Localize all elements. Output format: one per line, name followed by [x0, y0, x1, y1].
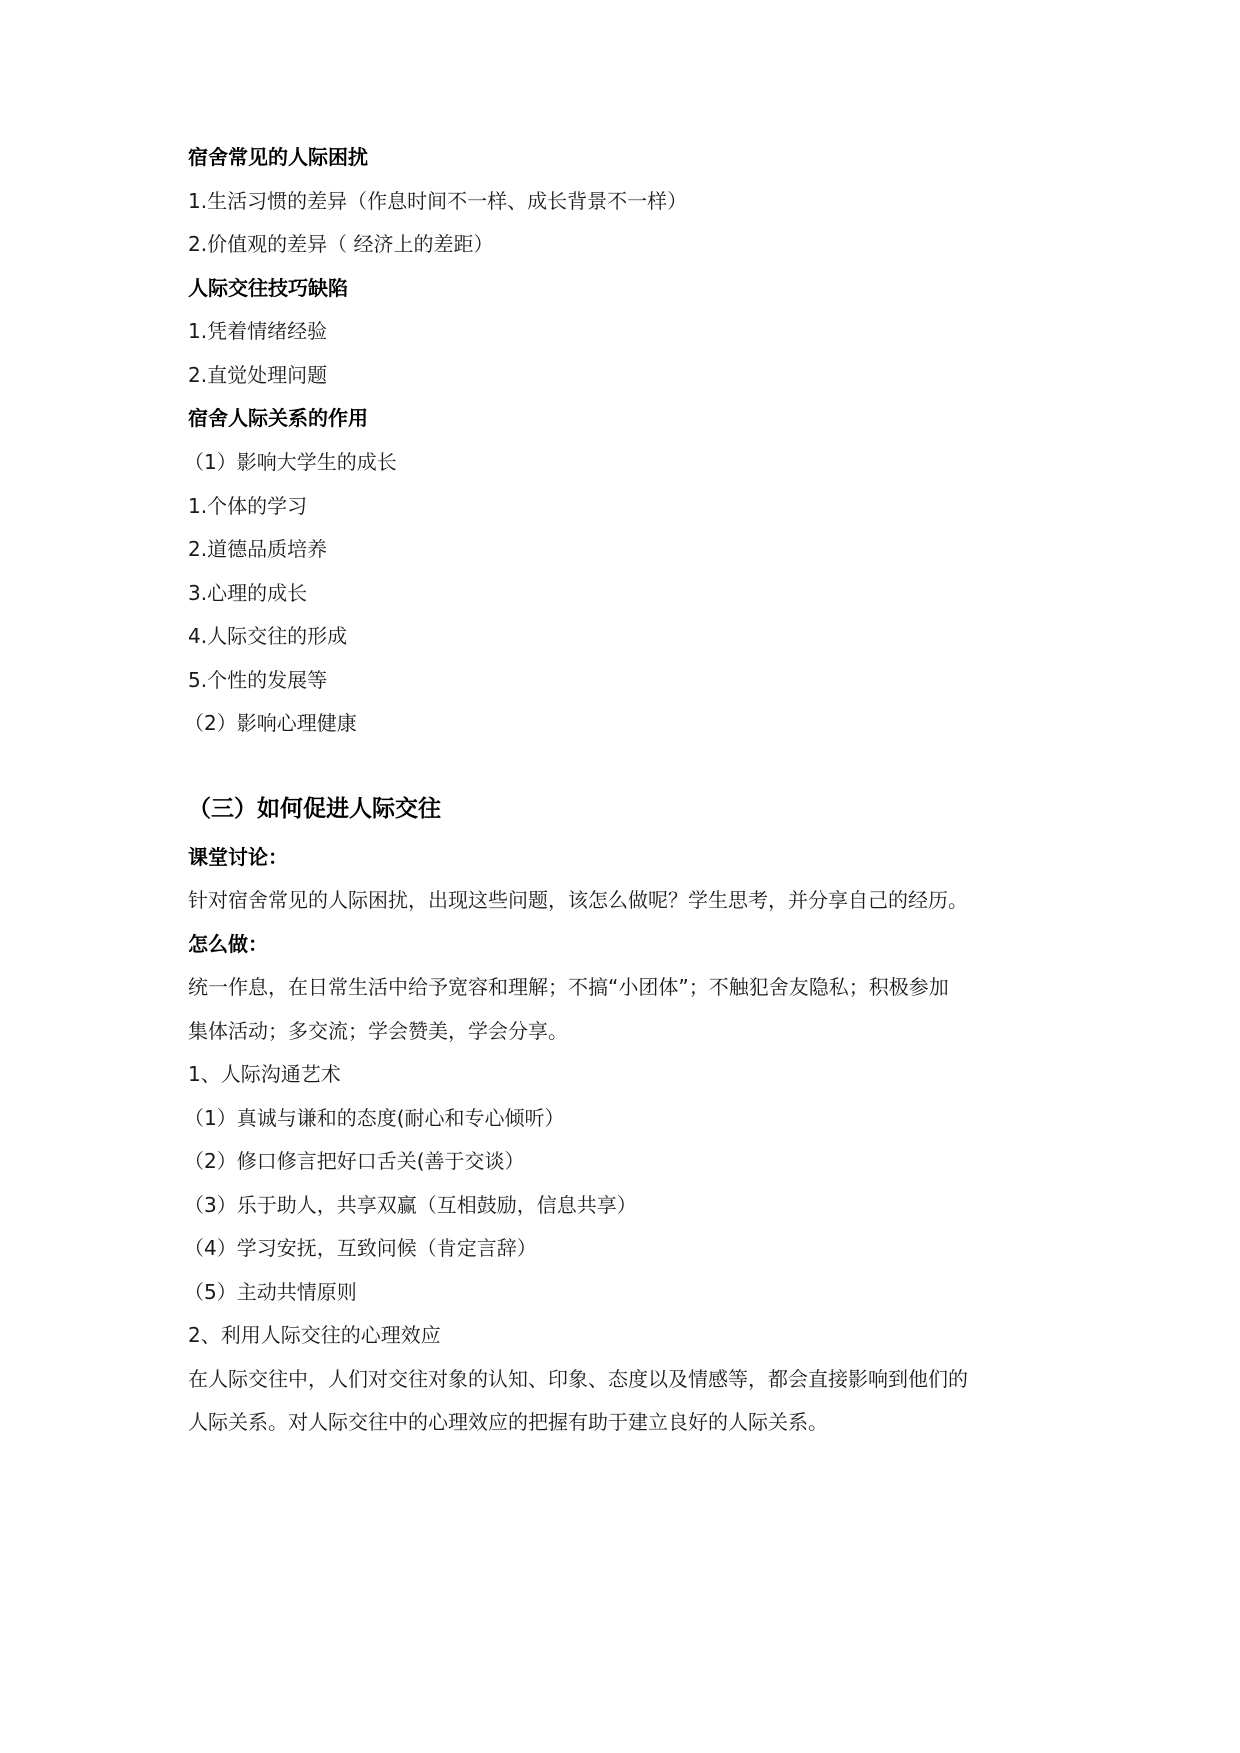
list-item: 1.凭着情绪经验 — [188, 317, 327, 345]
document-page: 宿舍常见的人际困扰 1.生活习惯的差异（作息时间不一样、成长背景不一样） 2.价… — [0, 0, 1240, 1753]
communication-heading: 1、人际沟通艺术 — [188, 1060, 341, 1088]
effects-text-line1: 在人际交往中，人们对交往对象的认知、印象、态度以及情感等，都会直接影响到他们的 — [188, 1365, 968, 1393]
effects-text-line2: 人际关系。对人际交往中的心理效应的把握有助于建立良好的人际关系。 — [188, 1408, 828, 1436]
list-item: 4.人际交往的形成 — [188, 622, 347, 650]
part-title: （三）如何促进人际交往 — [188, 795, 441, 823]
subheading: （1）影响大学生的成长 — [184, 448, 397, 476]
list-item: （3）乐于助人，共享双赢（互相鼓励，信息共享） — [184, 1191, 637, 1219]
list-item: （4）学习安抚，互致问候（肯定言辞） — [184, 1234, 537, 1262]
list-item: 5.个性的发展等 — [188, 666, 327, 694]
how-to-text-line1: 统一作息，在日常生活中给予宽容和理解；不搞“小团体”；不触犯舍友隐私；积极参加 — [188, 973, 949, 1001]
list-item: 3.心理的成长 — [188, 579, 307, 607]
list-item: （2）修口修言把好口舌关(善于交谈） — [184, 1147, 525, 1175]
section-heading-dorm-relations-role: 宿舍人际关系的作用 — [188, 404, 368, 432]
how-to-text-line2: 集体活动；多交流；学会赞美，学会分享。 — [188, 1017, 568, 1045]
list-item: （5）主动共情原则 — [184, 1278, 357, 1306]
discussion-text: 针对宿舍常见的人际困扰，出现这些问题，该怎么做呢？学生思考，并分享自己的经历。 — [188, 886, 968, 914]
list-item: 2.直觉处理问题 — [188, 361, 327, 389]
how-to-label: 怎么做： — [188, 930, 268, 958]
effects-heading: 2、利用人际交往的心理效应 — [188, 1321, 441, 1349]
list-item: 2.道德品质培养 — [188, 535, 327, 563]
list-item: （1）真诚与谦和的态度(耐心和专心倾听） — [184, 1104, 565, 1132]
list-item: 1.个体的学习 — [188, 492, 307, 520]
section-heading-skill-defects: 人际交往技巧缺陷 — [188, 274, 348, 302]
subheading: （2）影响心理健康 — [184, 709, 357, 737]
discussion-label: 课堂讨论： — [188, 843, 288, 871]
list-item: 2.价值观的差异（ 经济上的差距） — [188, 230, 493, 258]
list-item: 1.生活习惯的差异（作息时间不一样、成长背景不一样） — [188, 187, 687, 215]
section-heading-dorm-troubles: 宿舍常见的人际困扰 — [188, 143, 368, 171]
